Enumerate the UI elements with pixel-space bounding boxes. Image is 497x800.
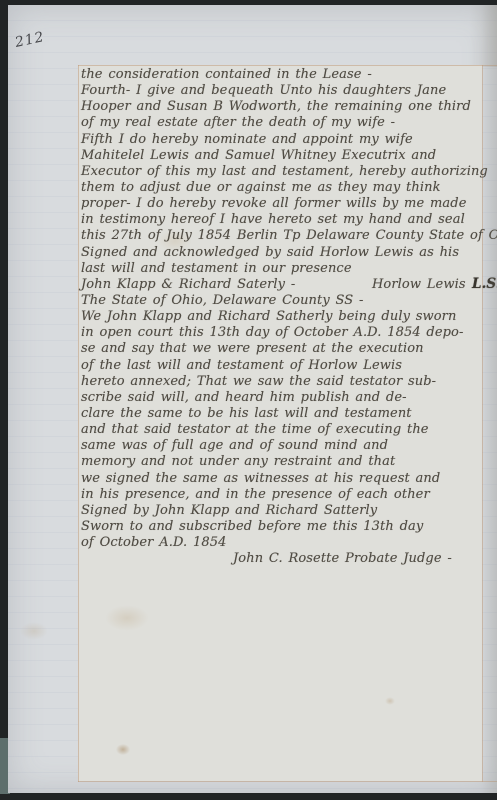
handwritten-line: Fifth I do hereby nominate and appoint m… xyxy=(81,132,491,148)
handwritten-line: same was of full age and of sound mind a… xyxy=(81,438,491,454)
handwritten-line: of the last will and testament of Horlow… xyxy=(81,358,491,374)
handwritten-line: scribe said will, and heard him publish … xyxy=(81,390,491,406)
handwritten-line: We John Klapp and Richard Satherly being… xyxy=(81,309,491,325)
paper-stain xyxy=(20,622,48,640)
handwritten-line: in open court this 13th day of October A… xyxy=(81,325,491,341)
handwritten-line: Executor of this my last and testament, … xyxy=(81,164,491,180)
handwritten-line: in his presence, and in the presence of … xyxy=(81,487,491,503)
handwritten-line: and that said testator at the time of ex… xyxy=(81,422,491,438)
handwritten-line: Sworn to and subscribed before me this 1… xyxy=(81,519,491,535)
handwritten-line: proper- I do hereby revoke all former wi… xyxy=(81,196,491,212)
handwritten-line: The State of Ohio, Delaware County SS - xyxy=(81,293,491,309)
handwritten-line: the consideration contained in the Lease… xyxy=(81,67,491,83)
seal-mark: L.S. xyxy=(472,276,497,292)
handwritten-line: Signed by John Klapp and Richard Satterl… xyxy=(81,503,491,519)
handwritten-line: Fourth- I give and bequeath Unto his dau… xyxy=(81,83,491,99)
handwritten-line: memory and not under any restraint and t… xyxy=(81,454,491,470)
handwritten-line: Signed and acknowledged by said Horlow L… xyxy=(81,245,491,261)
handwritten-line: clare the same to be his last will and t… xyxy=(81,406,491,422)
handwritten-line: Hooper and Susan B Wodworth, the remaini… xyxy=(81,99,491,115)
scanned-record-book-photo: { "document": { "page_number": "212", "k… xyxy=(0,0,497,800)
handwritten-line: this 27th of July 1854 Berlin Tp Delawar… xyxy=(81,228,491,244)
handwritten-line: of my real estate after the death of my … xyxy=(81,115,491,131)
handwritten-line: of October A.D. 1854 xyxy=(81,535,491,551)
record-book-page: 212 the consideration contained in the L… xyxy=(8,5,497,793)
judge-signature-line: John C. Rosette Probate Judge - xyxy=(81,551,491,567)
page-corner-shade xyxy=(469,5,497,67)
margin-line-bottom xyxy=(78,781,497,782)
handwritten-line: Mahitelel Lewis and Samuel Whitney Execu… xyxy=(81,148,491,164)
handwritten-line: in testimony hereof I have hereto set my… xyxy=(81,212,491,228)
witness-names: John Klapp & Richard Saterly - xyxy=(81,277,295,292)
handwritten-text-block: the consideration contained in the Lease… xyxy=(81,67,491,567)
handwritten-line: last will and testament in our presence xyxy=(81,261,491,277)
handwritten-line: hereto annexed; That we saw the said tes… xyxy=(81,374,491,390)
testator-signature: Horlow Lewis xyxy=(372,277,466,293)
witness-signature-line: John Klapp & Richard Saterly -Horlow Lew… xyxy=(81,277,491,293)
handwritten-line: se and say that we were present at the e… xyxy=(81,341,491,357)
handwritten-line: we signed the same as witnesses at his r… xyxy=(81,471,491,487)
page-number: 212 xyxy=(14,29,46,51)
handwritten-line: them to adjust due or against me as they… xyxy=(81,180,491,196)
